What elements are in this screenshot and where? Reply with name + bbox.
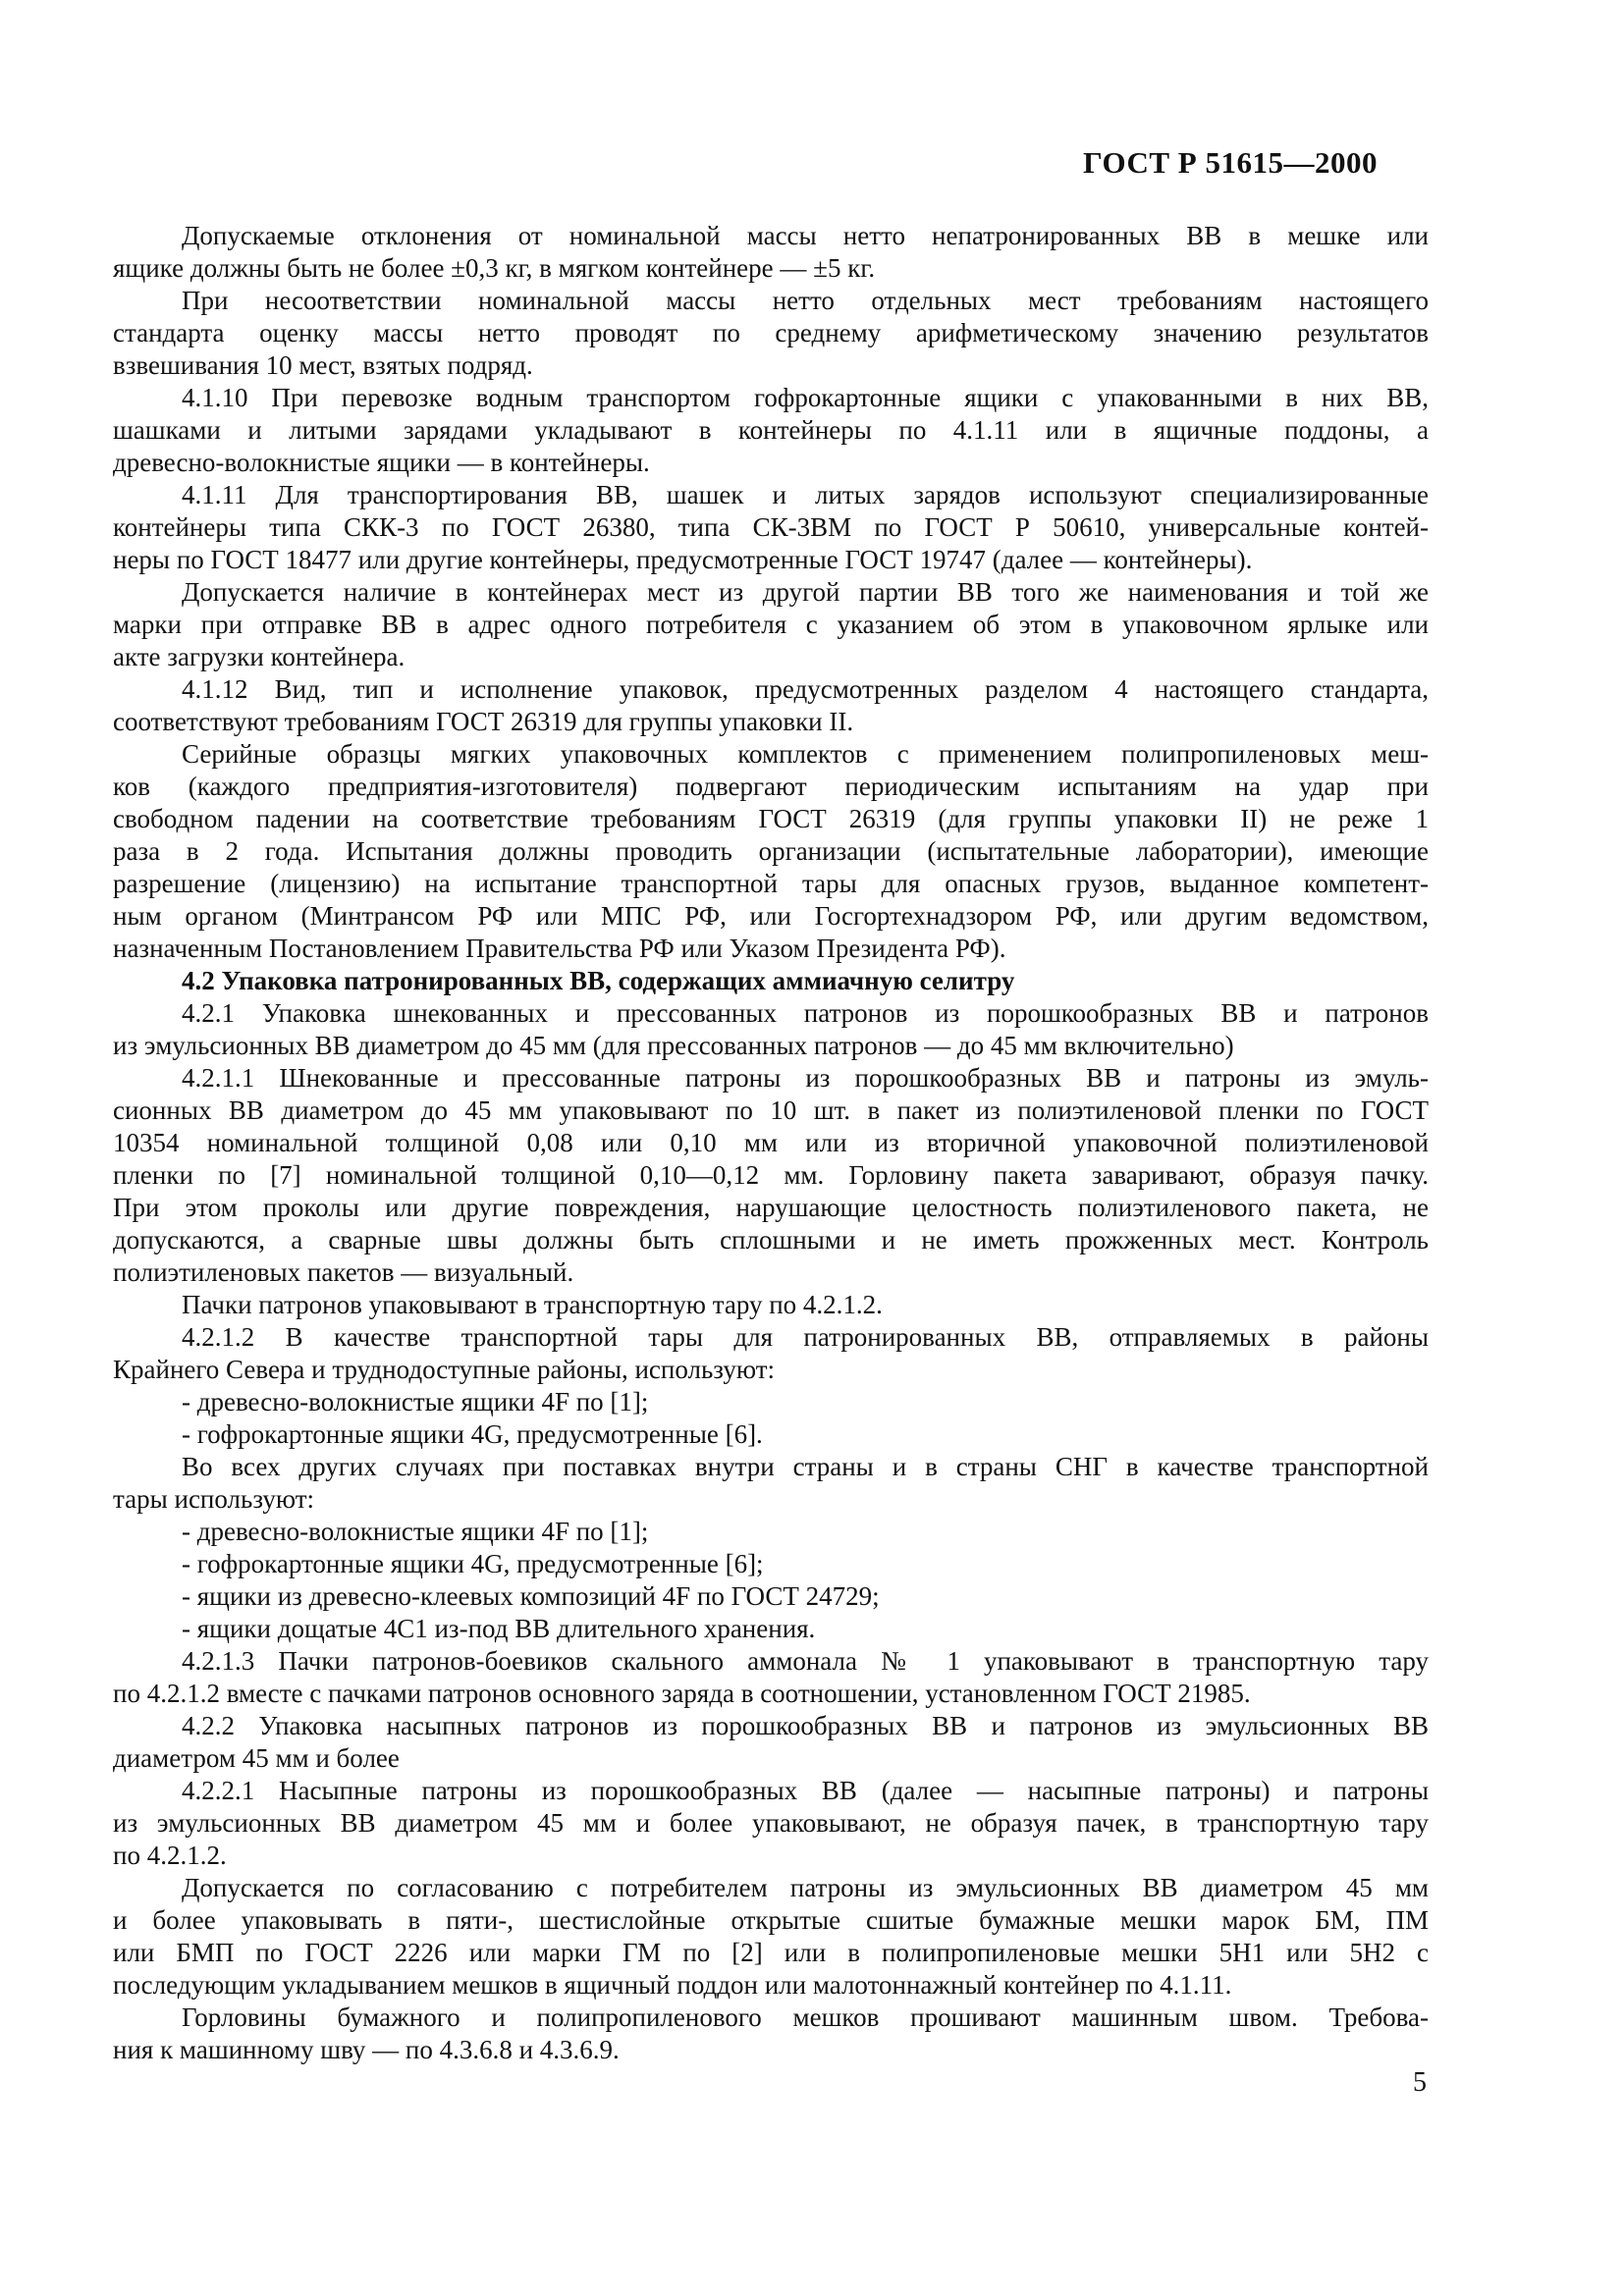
text-line: При этом проколы или другие повреждения,… [113,1192,1429,1224]
text-line: 4.2.1.2 В качестве транспортной тары для… [113,1321,1429,1354]
text-line: древесно-волокнистые ящики — в контейнер… [113,447,1429,479]
text-line: Допускаемые отклонения от номинальной ма… [113,220,1429,252]
text-line: Крайнего Севера и труднодоступные районы… [113,1354,1429,1386]
document-page: ГОСТ Р 51615—2000 Допускаемые отклонения… [0,0,1624,2296]
list-item-line: - гофрокартонные ящики 4G, предусмотренн… [113,1418,1429,1451]
text-line: Во всех других случаях при поставках вну… [113,1451,1429,1483]
page-number: 5 [1413,2067,1427,2099]
text-line: тары используют: [113,1483,1429,1516]
text-line: 4.2.2 Упаковка насыпных патронов из поро… [113,1710,1429,1742]
text-line: соответствуют требованиям ГОСТ 26319 для… [113,706,1429,738]
text-line: контейнеры типа СКК-3 по ГОСТ 26380, тип… [113,511,1429,544]
text-line: раза в 2 года. Испытания должны проводит… [113,835,1429,868]
text-line: 4.1.12 Вид, тип и исполнение упаковок, п… [113,673,1429,706]
text-line: акте загрузки контейнера. [113,641,1429,673]
text-line: свободном падении на соответствие требов… [113,803,1429,835]
list-item-line: - ящики из древесно-клеевых композиций 4… [113,1580,1429,1613]
text-line: пленки по [7] номинальной толщиной 0,10—… [113,1159,1429,1192]
text-line: по 4.2.1.2. [113,1840,1429,1872]
list-item-line: - древесно-волокнистые ящики 4F по [1]; [113,1516,1429,1548]
text-line: Серийные образцы мягких упаковочных комп… [113,738,1429,771]
text-line: диаметром 45 мм и более [113,1742,1429,1775]
text-line: из эмульсионных ВВ диаметром до 45 мм (д… [113,1030,1429,1062]
text-line: 10354 номинальной толщиной 0,08 или 0,10… [113,1127,1429,1159]
text-line: назначенным Постановлением Правительства… [113,933,1429,965]
text-line: марки при отправке ВВ в адрес одного пот… [113,609,1429,641]
section-heading-line: 4.2 Упаковка патронированных ВВ, содержа… [113,965,1429,997]
text-line: по 4.2.1.2 вместе с пачками патронов осн… [113,1678,1429,1710]
page-header: ГОСТ Р 51615—2000 [113,145,1429,181]
doc-number: ГОСТ Р 51615—2000 [1083,145,1378,181]
text-line: ным органом (Минтрансом РФ или МПС РФ, и… [113,900,1429,933]
text-line: шашками и литыми зарядами укладывают в к… [113,414,1429,447]
text-line: полиэтиленовых пакетов — визуальный. [113,1256,1429,1289]
text-line: Допускается наличие в контейнерах мест и… [113,576,1429,609]
text-line: 4.2.1.1 Шнекованные и прессованные патро… [113,1062,1429,1095]
text-line: стандарта оценку массы нетто проводят по… [113,317,1429,349]
text-line: 4.2.2.1 Насыпные патроны из порошкообраз… [113,1775,1429,1807]
text-line: неры по ГОСТ 18477 или другие контейнеры… [113,544,1429,576]
list-item-line: - ящики дощатые 4С1 из-под ВВ длительног… [113,1613,1429,1645]
text-line: Горловины бумажного и полипропиленового … [113,2002,1429,2034]
text-line: 4.1.10 При перевозке водным транспортом … [113,382,1429,414]
list-item-line: - древесно-волокнистые ящики 4F по [1]; [113,1386,1429,1418]
document-body: Допускаемые отклонения от номинальной ма… [113,220,1429,2066]
text-line: 4.2.1 Упаковка шнекованных и прессованны… [113,997,1429,1030]
text-line: последующим укладыванием мешков в ящичны… [113,1969,1429,2002]
text-line: Допускается по согласованию с потребител… [113,1872,1429,1904]
text-line: разрешение (лицензию) на испытание транс… [113,868,1429,900]
text-line: 4.2.1.3 Пачки патронов-боевиков скальног… [113,1645,1429,1678]
text-line: взвешивания 10 мест, взятых подряд. [113,349,1429,382]
text-line: сионных ВВ диаметром до 45 мм упаковываю… [113,1095,1429,1127]
text-line: При несоответствии номинальной массы нет… [113,285,1429,317]
text-line: или БМП по ГОСТ 2226 или марки ГМ по [2]… [113,1937,1429,1969]
text-line: 4.1.11 Для транспортирования ВВ, шашек и… [113,479,1429,511]
text-line: Пачки патронов упаковывают в транспортну… [113,1289,1429,1321]
text-line: ков (каждого предприятия-изготовителя) п… [113,771,1429,803]
list-item-line: - гофрокартонные ящики 4G, предусмотренн… [113,1548,1429,1580]
text-line: ящике должны быть не более ±0,3 кг, в мя… [113,252,1429,285]
text-line: ния к машинному шву — по 4.3.6.8 и 4.3.6… [113,2034,1429,2066]
page-footer: 5 [113,2067,1429,2099]
text-line: и более упаковывать в пяти-, шестислойны… [113,1904,1429,1937]
text-line: из эмульсионных ВВ диаметром 45 мм и бол… [113,1807,1429,1840]
text-line: допускаются, а сварные швы должны быть с… [113,1224,1429,1256]
